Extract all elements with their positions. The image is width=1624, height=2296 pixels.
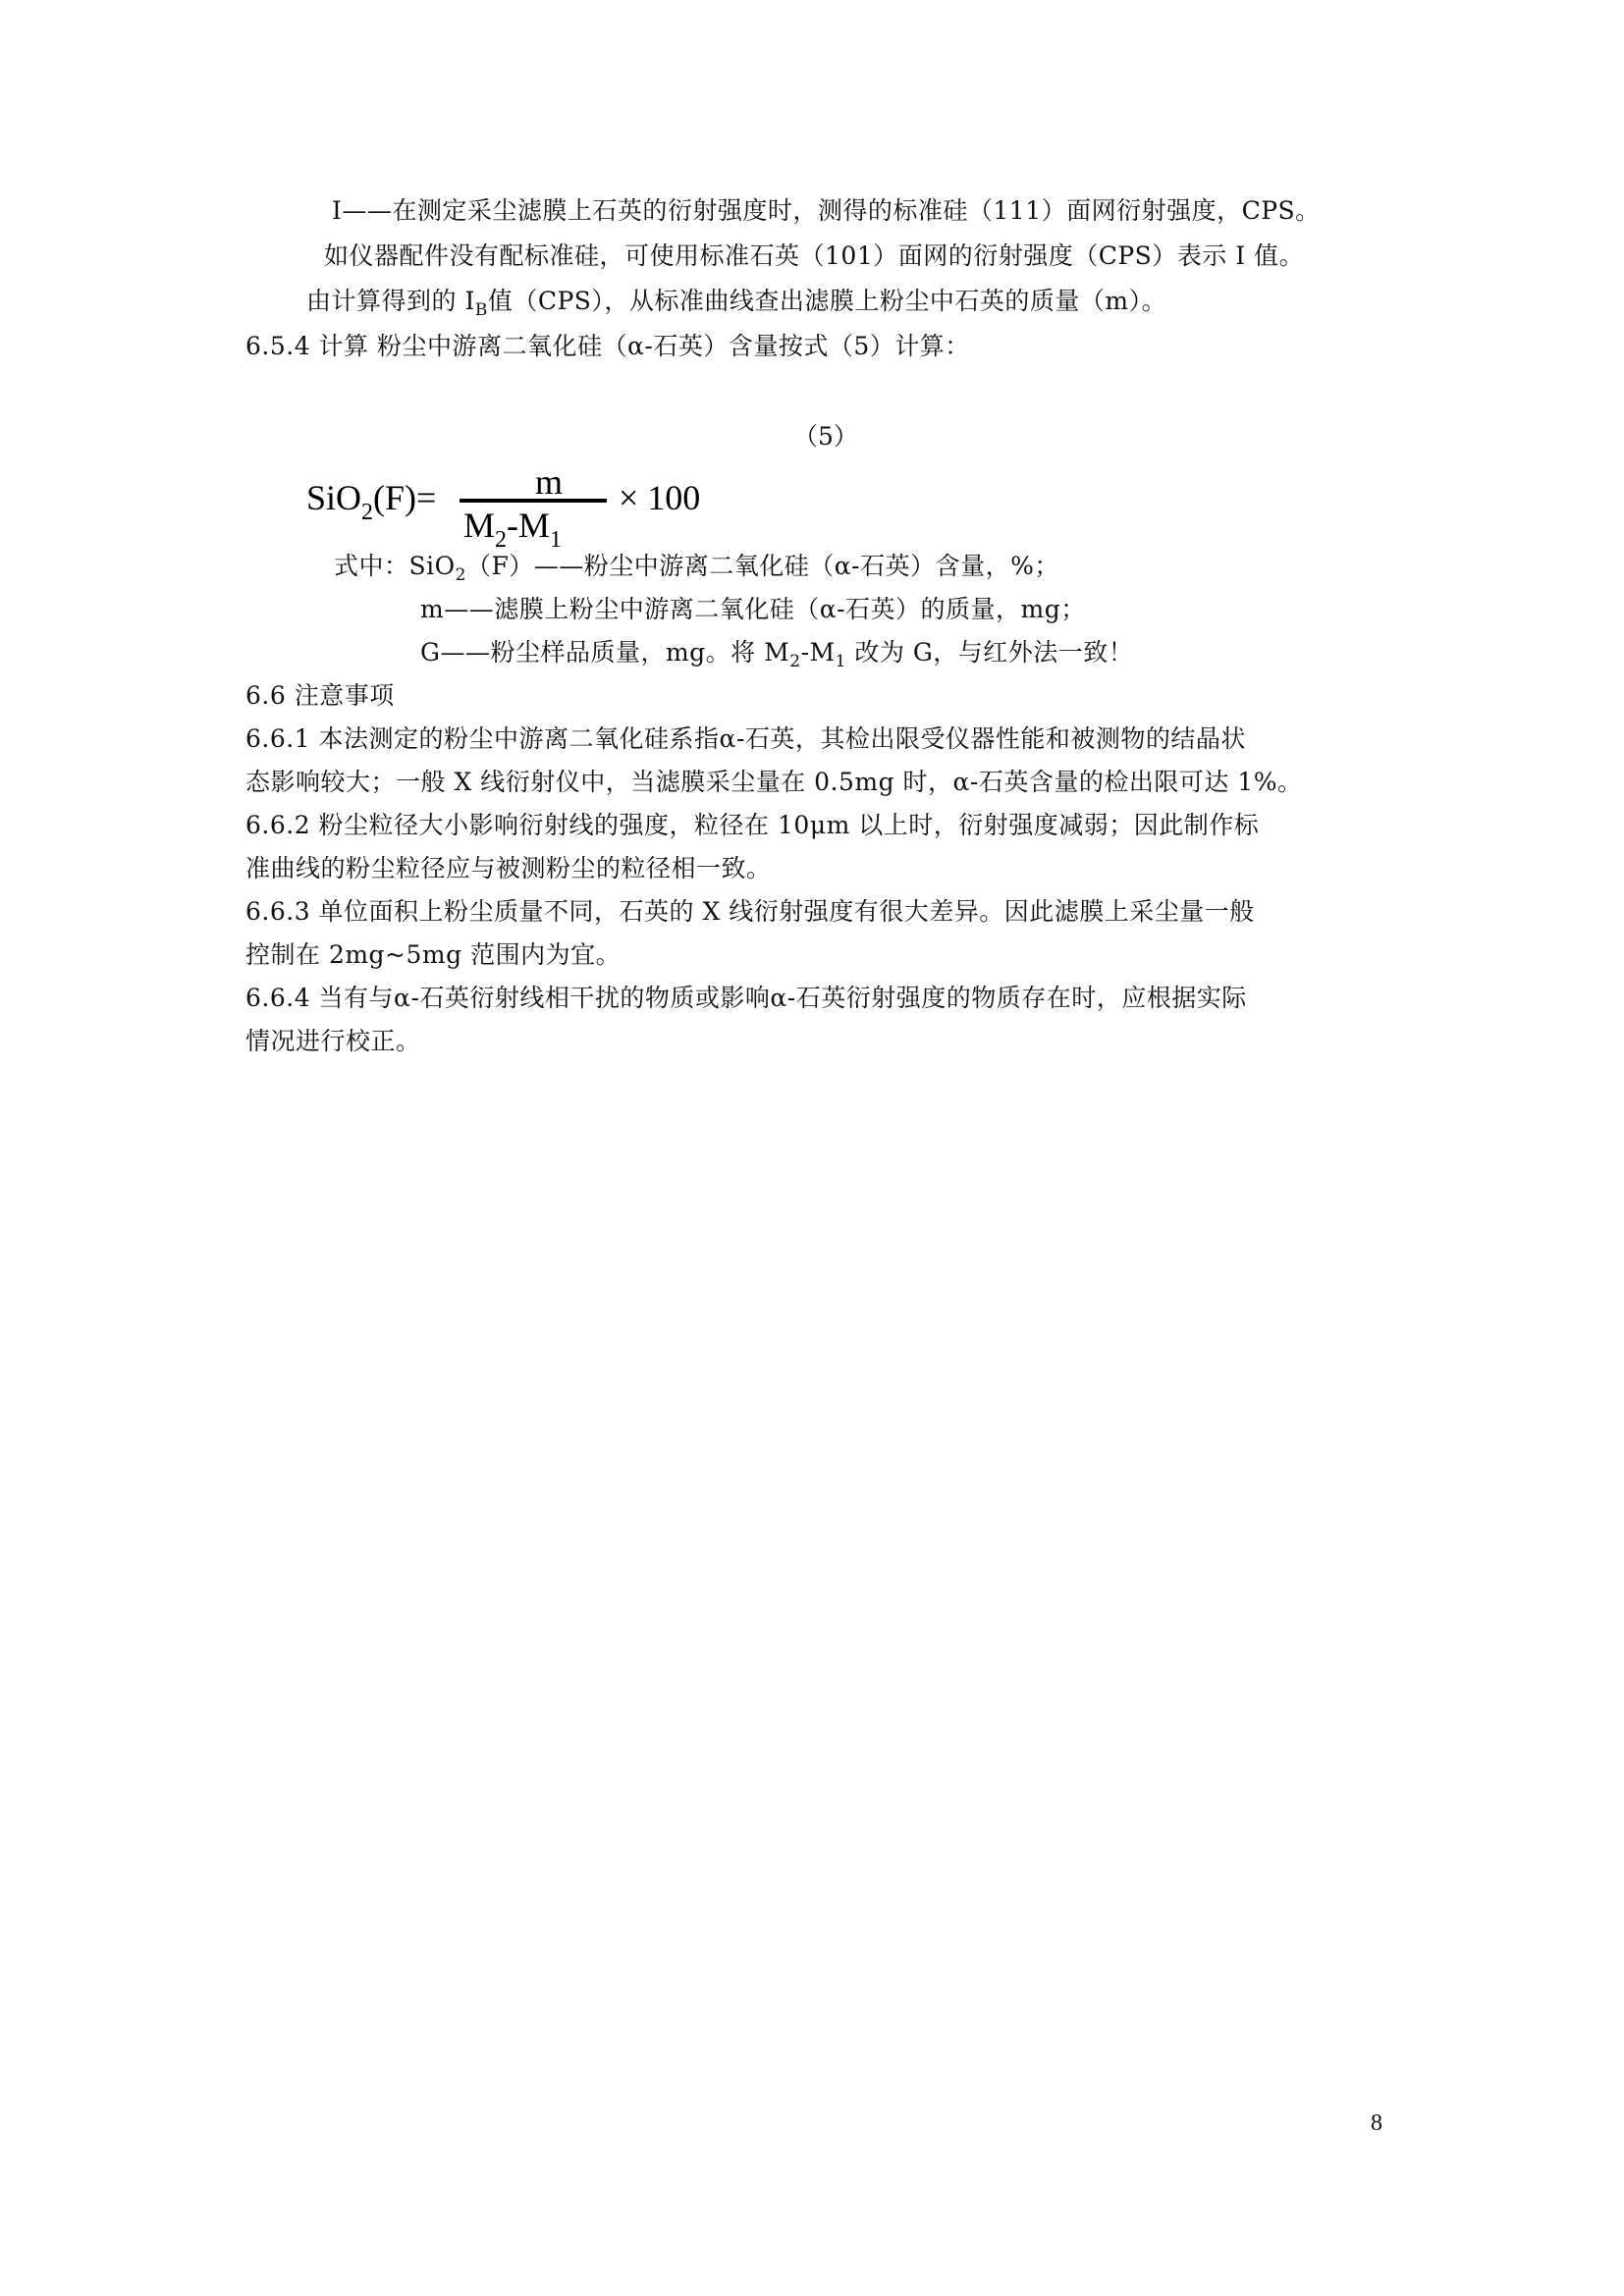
note-6-6-1-line2: 态影响较大；一般 X 线衍射仪中，当滤膜采尘量在 0.5mg 时，α-石英含量的… — [245, 766, 1303, 799]
formula-lhs-sio: SiO — [306, 478, 361, 517]
where-line-sio2: 式中：SiO2（F）——粉尘中游离二氧化硅（α-石英）含量，%； — [334, 550, 1059, 592]
where-line-g: G——粉尘样品质量，mg。将 M2-M1 改为 G，与红外法一致！ — [420, 636, 1133, 678]
note-6-6-2-line1: 6.6.2 粉尘粒径大小影响衍射线的强度，粒径在 10μm 以上时，衍射强度减弱… — [245, 809, 1259, 842]
note-6-6-3-line1: 6.6.3 单位面积上粉尘质量不同，石英的 X 线衍射强度有很大差异。因此滤膜上… — [245, 895, 1255, 929]
formula-lhs-subscript: 2 — [361, 500, 373, 525]
where-line-m: m——滤膜上粉尘中游离二氧化硅（α-石英）的质量，mg； — [420, 593, 1086, 626]
note-6-6-2-line2: 准曲线的粉尘粒径应与被测粉尘的粒径相一致。 — [245, 852, 772, 885]
formula-lhs-tail: (F)= — [373, 478, 436, 517]
where-g-sub1: 2 — [789, 652, 800, 671]
ib-suffix: 值（CPS），从标准曲线查出滤膜上粉尘中石英的质量（m）。 — [488, 287, 1166, 315]
formula-numerator: m — [503, 461, 595, 503]
denominator-m1: -M — [507, 506, 550, 545]
fraction-bar — [460, 499, 607, 503]
ib-value-line: 由计算得到的 IB值（CPS），从标准曲线查出滤膜上粉尘中石英的质量（m）。 — [306, 285, 1166, 327]
standard-quartz-note: 如仪器配件没有配标准硅，可使用标准石英（101）面网的衍射强度（CPS）表示 I… — [324, 240, 1304, 273]
ib-subscript: B — [475, 300, 488, 320]
note-6-6-3-line2: 控制在 2mg~5mg 范围内为宜。 — [245, 938, 621, 972]
definition-i-line: I——在测定采尘滤膜上石英的衍射强度时，测得的标准硅（111）面网衍射强度，CP… — [332, 194, 1321, 228]
where-g-prefix: G——粉尘样品质量，mg。将 M — [420, 638, 789, 667]
formula-lhs: SiO2(F)= — [306, 477, 436, 526]
denominator-m2: M — [463, 506, 495, 545]
section-6-6-heading: 6.6 注意事项 — [245, 679, 395, 713]
formula-denominator: M2-M1 — [463, 505, 562, 554]
where-suffix: （F）——粉尘中游离二氧化硅（α-石英）含量，%； — [466, 552, 1059, 580]
where-prefix: 式中：SiO — [334, 552, 456, 580]
where-sub: 2 — [456, 565, 466, 585]
note-6-6-4-line2: 情况进行校正。 — [245, 1025, 421, 1058]
formula-number: （5） — [793, 420, 858, 454]
where-g-suffix: 改为 G，与红外法一致！ — [846, 638, 1133, 667]
note-6-6-1-line1: 6.6.1 本法测定的粉尘中游离二氧化硅系指α-石英，其检出限受仪器性能和被测物… — [245, 722, 1246, 756]
ib-prefix: 由计算得到的 I — [306, 287, 475, 315]
note-6-6-4-line1: 6.6.4 当有与α-石英衍射线相干扰的物质或影响α-石英衍射强度的物质存在时，… — [245, 982, 1247, 1015]
formula-multiplier: × 100 — [619, 477, 700, 518]
where-g-mid: -M — [801, 638, 836, 667]
page-number: 8 — [1371, 2110, 1382, 2137]
section-6-5-4: 6.5.4 计算 粉尘中游离二氧化硅（α-石英）含量按式（5）计算： — [245, 330, 970, 363]
where-g-sub2: 1 — [836, 652, 846, 671]
